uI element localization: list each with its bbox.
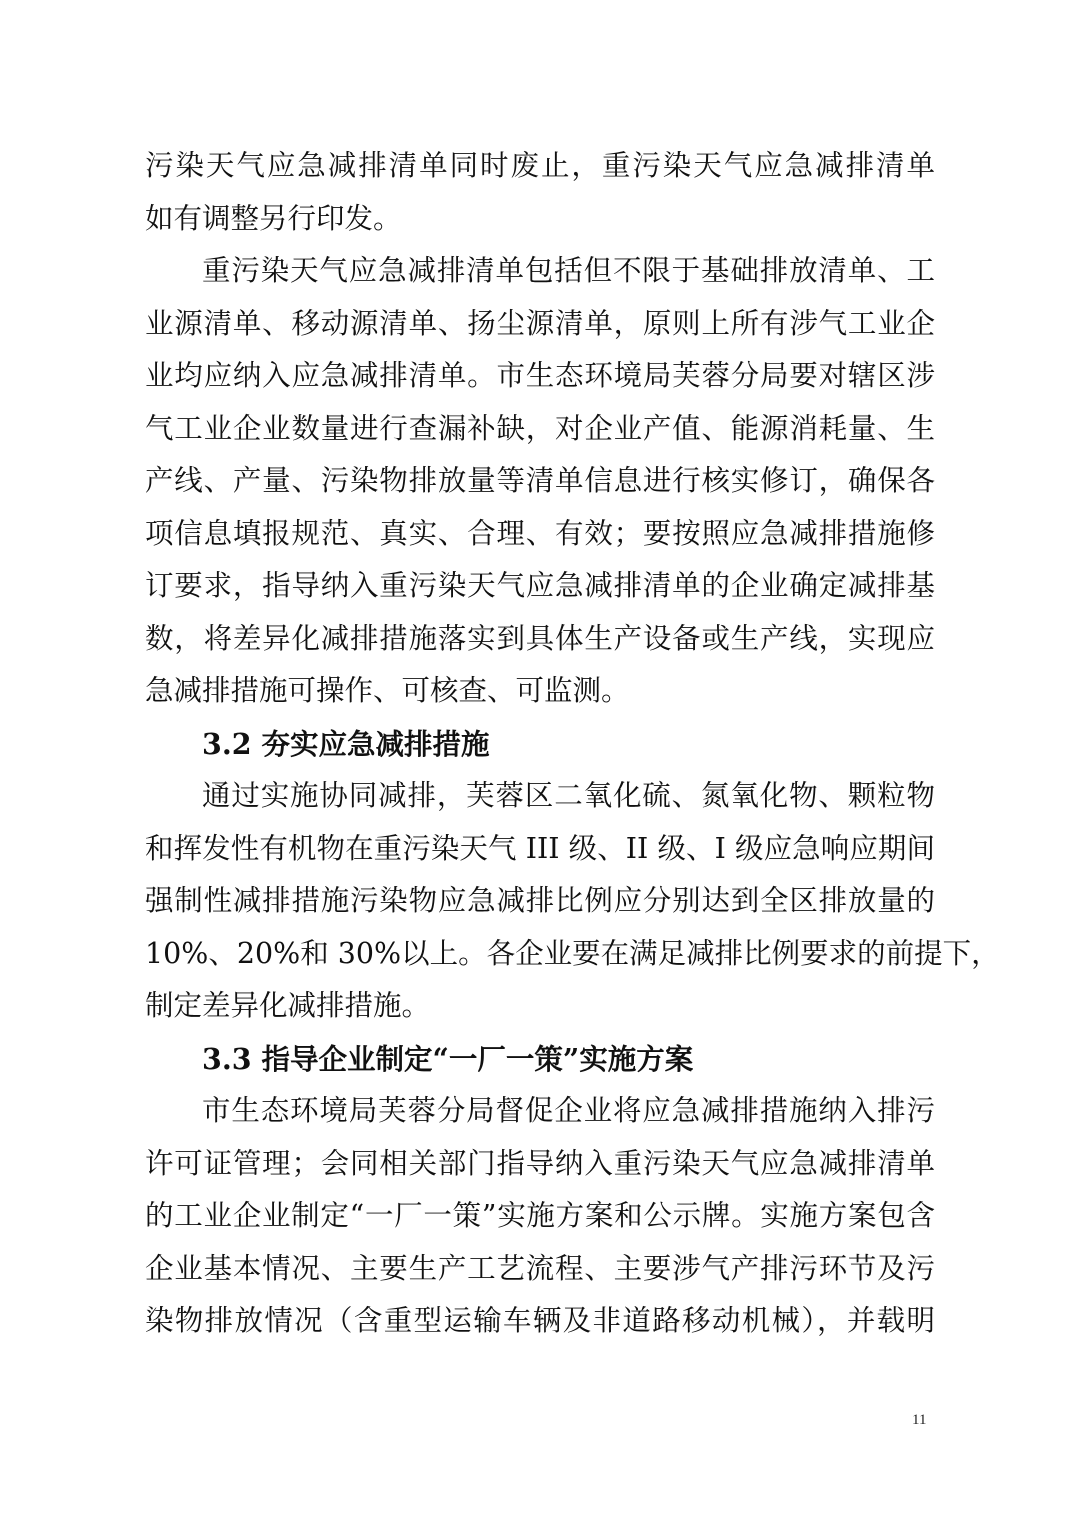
body-line: 的工业企业制定“一厂一策”实施方案和公示牌。实施方案包含 xyxy=(145,1190,935,1243)
body-line: 业均应纳入应急减排清单。市生态环境局芙蓉分局要对辖区涉 xyxy=(145,350,935,403)
body-line: 市生态环境局芙蓉分局督促企业将应急减排措施纳入排污 xyxy=(145,1085,935,1138)
body-line: 企业基本情况、主要生产工艺流程、主要涉气产排污环节及污 xyxy=(145,1243,935,1296)
body-line: 产线、产量、污染物排放量等清单信息进行核实修订，确保各 xyxy=(145,455,935,508)
body-line: 数，将差异化减排措施落实到具体生产设备或生产线，实现应 xyxy=(145,613,935,666)
body-line: 和挥发性有机物在重污染天气 III 级、II 级、I 级应急响应期间 xyxy=(145,823,935,876)
body-line: 气工业企业数量进行查漏补缺，对企业产值、能源消耗量、生 xyxy=(145,403,935,456)
body-line: 污染天气应急减排清单同时废止，重污染天气应急减排清单 xyxy=(145,140,935,193)
body-line: 染物排放情况（含重型运输车辆及非道路移动机械），并载明 xyxy=(145,1295,935,1348)
body-line: 制定差异化减排措施。 xyxy=(145,980,935,1033)
body-line: 10%、20%和 30%以上。各企业要在满足减排比例要求的前提下， xyxy=(145,928,935,981)
body-line: 强制性减排措施污染物应急减排比例应分别达到全区排放量的 xyxy=(145,875,935,928)
body-line: 通过实施协同减排，芙蓉区二氧化硫、氮氧化物、颗粒物 xyxy=(145,770,935,823)
section-heading-3-3: 3.3 指导企业制定“一厂一策”实施方案 xyxy=(145,1033,935,1086)
body-line: 急减排措施可操作、可核查、可监测。 xyxy=(145,665,935,718)
body-line: 重污染天气应急减排清单包括但不限于基础排放清单、工 xyxy=(145,245,935,298)
body-line: 如有调整另行印发。 xyxy=(145,193,935,246)
body-line: 项信息填报规范、真实、合理、有效；要按照应急减排措施修 xyxy=(145,508,935,561)
section-heading-3-2: 3.2 夯实应急减排措施 xyxy=(145,718,935,771)
body-line: 业源清单、移动源清单、扬尘源清单，原则上所有涉气工业企 xyxy=(145,298,935,351)
body-line: 许可证管理；会同相关部门指导纳入重污染天气应急减排清单 xyxy=(145,1138,935,1191)
body-line: 订要求，指导纳入重污染天气应急减排清单的企业确定减排基 xyxy=(145,560,935,613)
document-page: 污染天气应急减排清单同时废止，重污染天气应急减排清单 如有调整另行印发。 重污染… xyxy=(145,140,935,1348)
page-number: 11 xyxy=(912,1412,926,1429)
